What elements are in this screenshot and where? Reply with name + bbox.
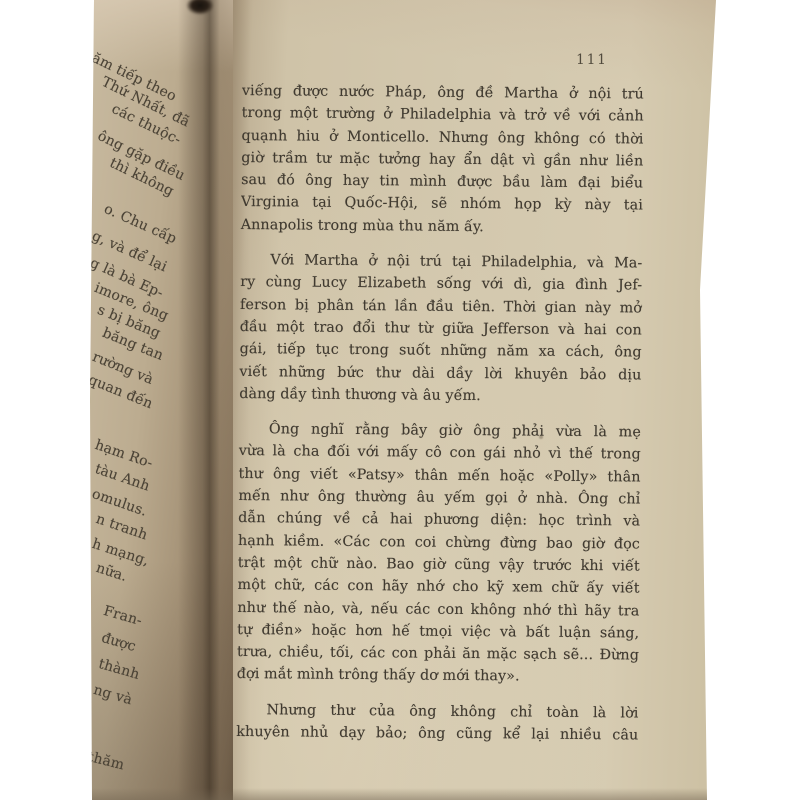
left-page-text-fragment: thăm — [90, 749, 126, 773]
text-line: như thế nào, và, nếu các con không nhớ t… — [237, 597, 639, 623]
paragraph: Ông nghĩ rằng bây giờ ông phải vừa là mẹ… — [237, 418, 641, 689]
text-line: viết những bức thư dài dầy lời khuyên bả… — [239, 361, 641, 387]
left-page-text-fragment: nữa. — [94, 560, 129, 585]
page-number: 111 — [570, 52, 614, 68]
text-line: ry cùng Lucy Elizabeth sống với dì, gia … — [240, 271, 642, 297]
left-page-text-fragment: Fran- — [102, 603, 144, 629]
paragraph: Nhưng thư của ông không chỉ toàn là lờik… — [236, 699, 638, 747]
right-page-text: viếng được nước Pháp, ông đề Martha ở nộ… — [236, 80, 644, 747]
text-line: vừa là cha đối với mấy cô con gái nhỏ vì… — [239, 440, 641, 466]
text-line: Annapolis trong mùa thu năm ấy. — [241, 214, 643, 240]
text-line: một chữ, các con hãy nhớ cho kỹ xem chữ … — [237, 574, 639, 600]
text-line: trong một trường ở Philadelphia và trở v… — [242, 102, 644, 128]
bottom-page-edges — [90, 788, 708, 800]
text-line: dẫn chúng về cả hai phương diện: học trì… — [238, 507, 640, 533]
paragraph: viếng được nước Pháp, ông đề Martha ở nộ… — [241, 80, 644, 240]
open-book: năm tiếp theoThứ Nhất, đãcác thuộc-ông g… — [0, 0, 800, 800]
left-page: năm tiếp theoThứ Nhất, đãcác thuộc-ông g… — [90, 0, 236, 800]
left-page-text-fragment: ng và — [92, 682, 135, 708]
text-line: dàng dầy tình thương và âu yếm. — [239, 383, 641, 409]
text-line: khuyên nhủ dạy bảo; ông cũng kể lại nhiề… — [236, 721, 638, 747]
text-line: gái, tiếp tục trong suốt những năm xa cá… — [240, 338, 642, 364]
text-line: Virginia tại Quốc-Hội, sẽ nhóm họp kỳ nà… — [241, 191, 643, 217]
left-page-text-fragment: được — [100, 630, 138, 655]
text-line: đợi mắt mình trông thấy dơ mới thay». — [237, 663, 639, 689]
paragraph: Với Martha ở nội trú tại Philadelphia, v… — [239, 249, 642, 409]
left-page-text-fragment: thành — [97, 656, 142, 683]
book-photo: năm tiếp theoThứ Nhất, đãcác thuộc-ông g… — [0, 0, 800, 800]
